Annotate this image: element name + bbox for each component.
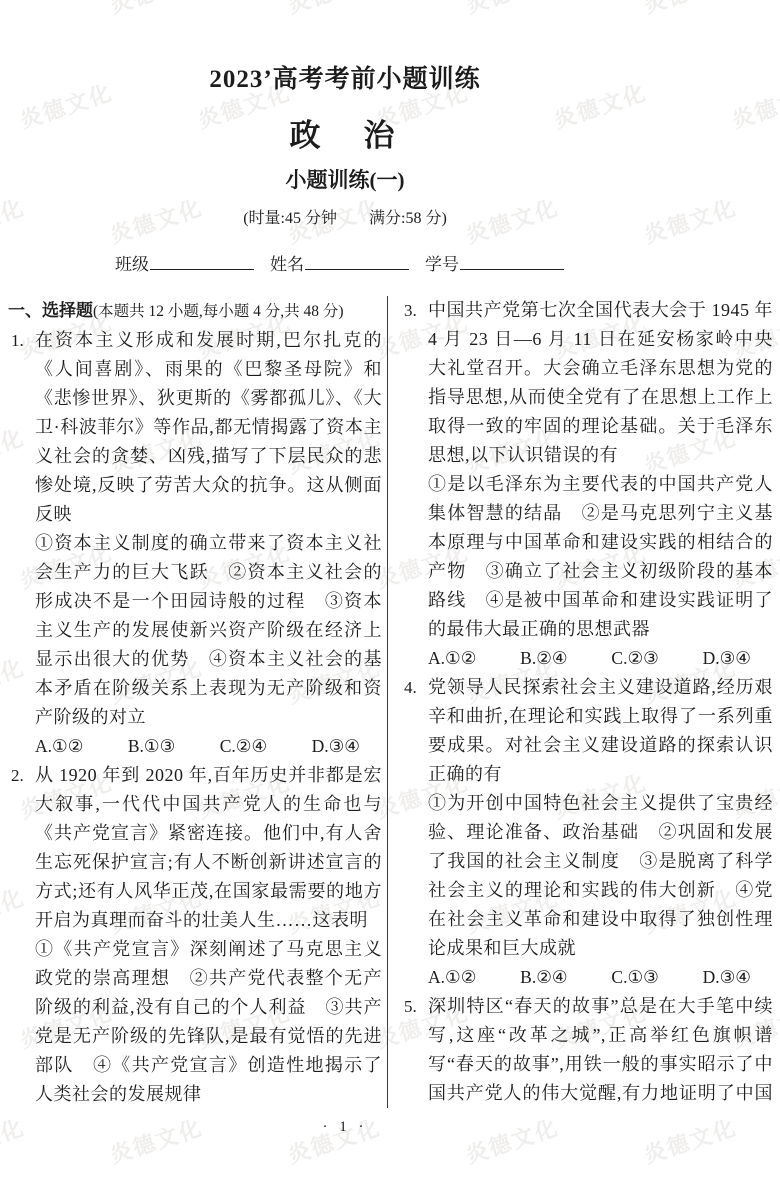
option: A.①② — [428, 644, 476, 673]
question-2: 2.从 1920 年到 2020 年,百年历史并非都是宏大叙事,一代代中国共产党… — [8, 761, 382, 1108]
field-blank-line — [460, 253, 564, 270]
question-number: 1. — [11, 326, 24, 355]
field-label: 学号 — [425, 255, 459, 274]
option: D.③④ — [703, 963, 751, 992]
column-left: 一、选择题(本题共 12 小题,每小题 4 分,共 48 分) 1.在资本主义形… — [8, 296, 387, 1108]
option: D.③④ — [703, 644, 751, 673]
question-stem: 从 1920 年到 2020 年,百年历史并非都是宏大叙事,一代代中国共产党人的… — [35, 761, 382, 935]
question-items: ①资本主义制度的确立带来了资本主义社会生产力的巨大飞跃 ②资本主义社会的形成决不… — [35, 529, 382, 732]
option: C.②④ — [220, 732, 267, 761]
section-title-bold: 一、选择题 — [8, 301, 93, 320]
student-field: 班级 — [115, 255, 254, 274]
exam-meta: (时量:45 分钟 满分:58 分) — [0, 207, 690, 231]
exam-title: 2023’高考考前小题训练 — [0, 64, 690, 96]
option: C.①③ — [611, 963, 658, 992]
question-3: 3.中国共产党第七次全国代表大会于 1945 年 4 月 23 日—6 月 11… — [401, 296, 773, 673]
student-fields: 班级姓名学号 — [0, 250, 690, 275]
option: A.①② — [428, 963, 476, 992]
question-items: ①是以毛泽东为主要代表的中国共产党人集体智慧的结晶 ②是马克思列宁主义基本原理与… — [428, 470, 773, 644]
field-blank-line — [305, 253, 409, 270]
option: A.①② — [35, 732, 83, 761]
question-number: 3. — [404, 296, 417, 325]
field-label: 班级 — [115, 255, 149, 274]
options-row: A.①②B.②④C.①③D.③④ — [428, 963, 773, 992]
question-number: 5. — [404, 992, 417, 1021]
page-number: · 1 · — [0, 1119, 690, 1136]
field-blank-line — [150, 253, 254, 270]
question-1: 1.在资本主义形成和发展时期,巴尔扎克的《人间喜剧》、雨果的《巴黎圣母院》和《悲… — [8, 326, 382, 761]
column-right: 3.中国共产党第七次全国代表大会于 1945 年 4 月 23 日—6 月 11… — [387, 296, 773, 1108]
question-number: 2. — [11, 761, 24, 790]
exam-subject: 政 治 — [0, 118, 690, 154]
field-label: 姓名 — [270, 255, 304, 274]
exam-series: 小题训练(一) — [0, 167, 690, 194]
option: B.②④ — [520, 644, 567, 673]
exam-page: 2023’高考考前小题训练 政 治 小题训练(一) (时量:45 分钟 满分:5… — [0, 0, 780, 1108]
section-title-rest: (本题共 12 小题,每小题 4 分,共 48 分) — [93, 303, 344, 320]
option: B.②④ — [520, 963, 567, 992]
option: B.①③ — [128, 732, 175, 761]
option: C.②③ — [611, 644, 658, 673]
question-number: 4. — [404, 673, 417, 702]
question-stem: 党领导人民探索社会主义建设道路,经历艰辛和曲折,在理论和实践上取得了一系列重要成… — [428, 673, 773, 789]
question-5: 5.深圳特区“春天的故事”总是在大手笔中续写,这座“改革之城”,正高举红色旗帜谱… — [401, 992, 773, 1108]
exam-body: 一、选择题(本题共 12 小题,每小题 4 分,共 48 分) 1.在资本主义形… — [0, 296, 780, 1108]
student-field: 姓名 — [270, 255, 409, 274]
section-title: 一、选择题(本题共 12 小题,每小题 4 分,共 48 分) — [8, 296, 382, 326]
question-stem: 在资本主义形成和发展时期,巴尔扎克的《人间喜剧》、雨果的《巴黎圣母院》和《悲惨世… — [35, 326, 382, 529]
exam-header: 2023’高考考前小题训练 政 治 小题训练(一) (时量:45 分钟 满分:5… — [0, 0, 690, 275]
question-items: ①《共产党宣言》深刻阐述了马克思主义政党的崇高理想 ②共产党代表整个无产阶级的利… — [35, 935, 382, 1108]
question-items: ①为开创中国特色社会主义提供了宝贵经验、理论准备、政治基础 ②巩固和发展了我国的… — [428, 789, 773, 963]
student-field: 学号 — [425, 255, 564, 274]
question-4: 4.党领导人民探索社会主义建设道路,经历艰辛和曲折,在理论和实践上取得了一系列重… — [401, 673, 773, 992]
option: D.③④ — [312, 732, 360, 761]
question-stem: 深圳特区“春天的故事”总是在大手笔中续写,这座“改革之城”,正高举红色旗帜谱写“… — [428, 992, 773, 1108]
options-row: A.①②B.①③C.②④D.③④ — [35, 732, 382, 761]
question-stem: 中国共产党第七次全国代表大会于 1945 年 4 月 23 日—6 月 11 日… — [428, 296, 773, 470]
options-row: A.①②B.②④C.②③D.③④ — [428, 644, 773, 673]
